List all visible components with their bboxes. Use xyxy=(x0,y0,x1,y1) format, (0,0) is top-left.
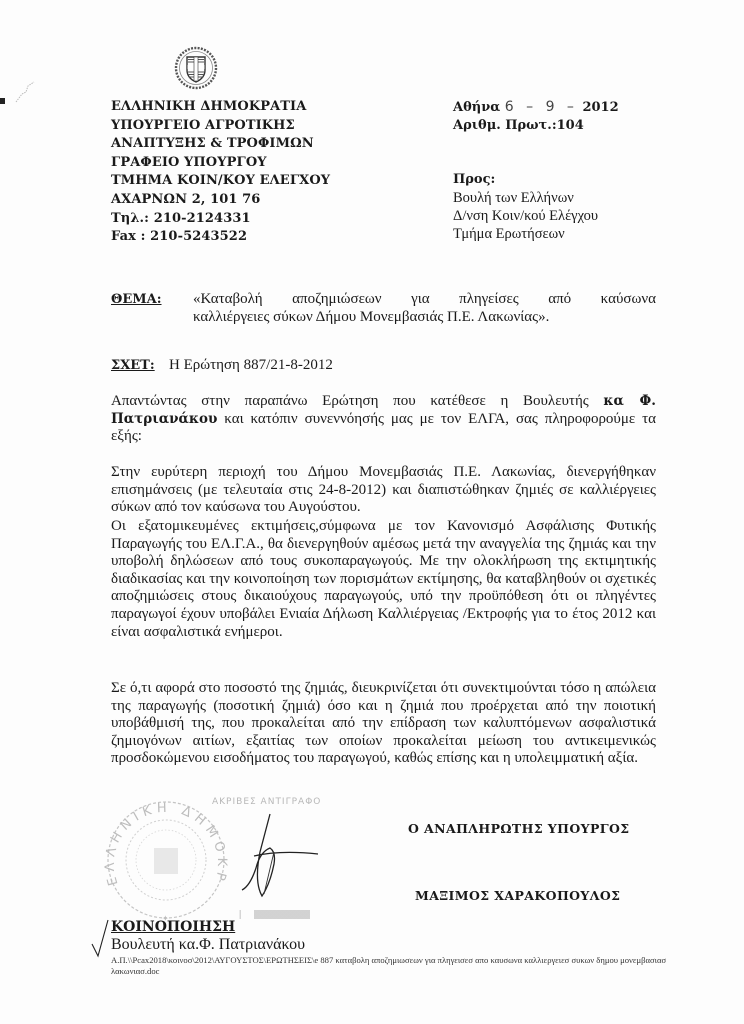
cc-recipient: Βουλευτή κα.Φ. Πατριανάκου xyxy=(111,936,305,954)
sender-line: ΓΡΑΦΕΙΟ ΥΠΟΥΡΓΟΥ xyxy=(111,154,330,173)
certified-copy-stamp: ΑΚΡΙΒΕΣ ΑΝΤΙΓΡΑΦΟ xyxy=(212,797,321,807)
body-paragraph-1: Απαντώντας στην παραπάνω Ερώτηση που κατ… xyxy=(111,393,656,446)
subject-block: ΘΕΜΑ: «Καταβολή αποζημιώσεων για πληγείσ… xyxy=(111,290,656,309)
body-paragraph-4: Σε ό,τι αφορά στο ποσοστό της ζημιάς, δι… xyxy=(111,680,656,768)
p1-text: Απαντώντας στην παραπάνω Ερώτηση που κατ… xyxy=(111,393,603,409)
recipient-line: Δ/νση Κοιν/κού Ελέγχου xyxy=(453,207,598,225)
reference-text: Η Ερώτηση 887/21-8-2012 xyxy=(169,357,333,374)
cc-label: ΚΟΙΝΟΠΟΙΗΣΗ xyxy=(111,919,235,935)
greek-coat-of-arms-icon xyxy=(174,46,218,90)
signatory-title: Ο ΑΝΑΠΛΗΡΩΤΗΣ ΥΠΟΥΡΓΟΣ xyxy=(408,821,630,836)
reference-label: ΣΧΕΤ: xyxy=(111,358,155,373)
sender-line: ΑΝΑΠΤΥΞΗΣ & ΤΡΟΦΙΜΩΝ xyxy=(111,135,330,154)
pencil-mark xyxy=(14,80,36,104)
place-label: Αθήνα xyxy=(453,100,500,115)
official-stamp: ΕΛΛΗΝΙΚΗ ΔΗΜΟΚΡΑΤΙΑ ✦ xyxy=(104,794,239,924)
sender-line: ΤΜΗΜΑ ΚΟΙΝ/ΚΟΥ ΕΛΕΓΧΟΥ xyxy=(111,172,330,191)
body-paragraph-3: Οι εξατομικευμένες εκτιμήσεις,σύμφωνα με… xyxy=(111,518,656,641)
subject-line-1: «Καταβολή αποζημιώσεων για πληγείσες από… xyxy=(193,290,656,308)
scan-mark xyxy=(0,98,5,104)
body-paragraph-2: Στην ευρύτερη περιοχή του Δήμου Μονεμβασ… xyxy=(111,464,656,517)
protocol-number: Αριθμ. Πρωτ.:104 xyxy=(453,117,619,135)
recipient-line: Τμήμα Ερωτήσεων xyxy=(453,225,598,243)
recipient-block: Προς: Βουλή των Ελλήνων Δ/νση Κοιν/κού Ε… xyxy=(453,171,598,243)
recipient-label: Προς: xyxy=(453,171,598,189)
reference-block: ΣΧΕΤ: Η Ερώτηση 887/21-8-2012 xyxy=(111,357,155,374)
sender-line: Fax : 210-5243522 xyxy=(111,228,330,247)
checkmark-icon xyxy=(90,918,110,958)
subject-line-2: καλλιέργειες σύκων Δήμου Μονεμβασιάς Π.Ε… xyxy=(193,309,549,325)
sender-line: ΥΠΟΥΡΓΕΙΟ ΑΓΡΟΤΙΚΗΣ xyxy=(111,117,330,136)
handwritten-date: 6 – 9 – xyxy=(505,99,578,115)
date-year: 2012 xyxy=(582,100,618,115)
sender-line: ΕΛΛΗΝΙΚΗ ΔΗΜΟΚΡΑΤΙΑ xyxy=(111,98,330,117)
subject-label: ΘΕΜΑ: xyxy=(111,291,162,309)
recipient-line: Βουλή των Ελλήνων xyxy=(453,189,598,207)
subject-text: «Καταβολή αποζημιώσεων για πληγείσες από… xyxy=(193,290,656,326)
signatory-name: ΜΑΞΙΜΟΣ ΧΑΡΑΚΟΠΟΥΛΟΣ xyxy=(415,888,620,903)
sender-line: ΑΧΑΡΝΩΝ 2, 101 76 xyxy=(111,191,330,210)
sender-line: Τηλ.: 210-2124331 xyxy=(111,210,330,229)
stamp-name-mark xyxy=(230,910,310,919)
date-line: Αθήνα 6 – 9 – 2012 xyxy=(453,98,619,117)
sender-block: ΕΛΛΗΝΙΚΗ ΔΗΜΟΚΡΑΤΙΑ ΥΠΟΥΡΓΕΙΟ ΑΓΡΟΤΙΚΗΣ … xyxy=(111,98,330,247)
handwritten-signature xyxy=(240,812,320,898)
file-path: Α.Π.\\Pcax2018\κοινοσ\2012\ΑΥΓΟΥΣΤΟΣ\ΕΡΩ… xyxy=(111,955,671,977)
date-protocol-block: Αθήνα 6 – 9 – 2012 Αριθμ. Πρωτ.:104 xyxy=(453,98,619,135)
